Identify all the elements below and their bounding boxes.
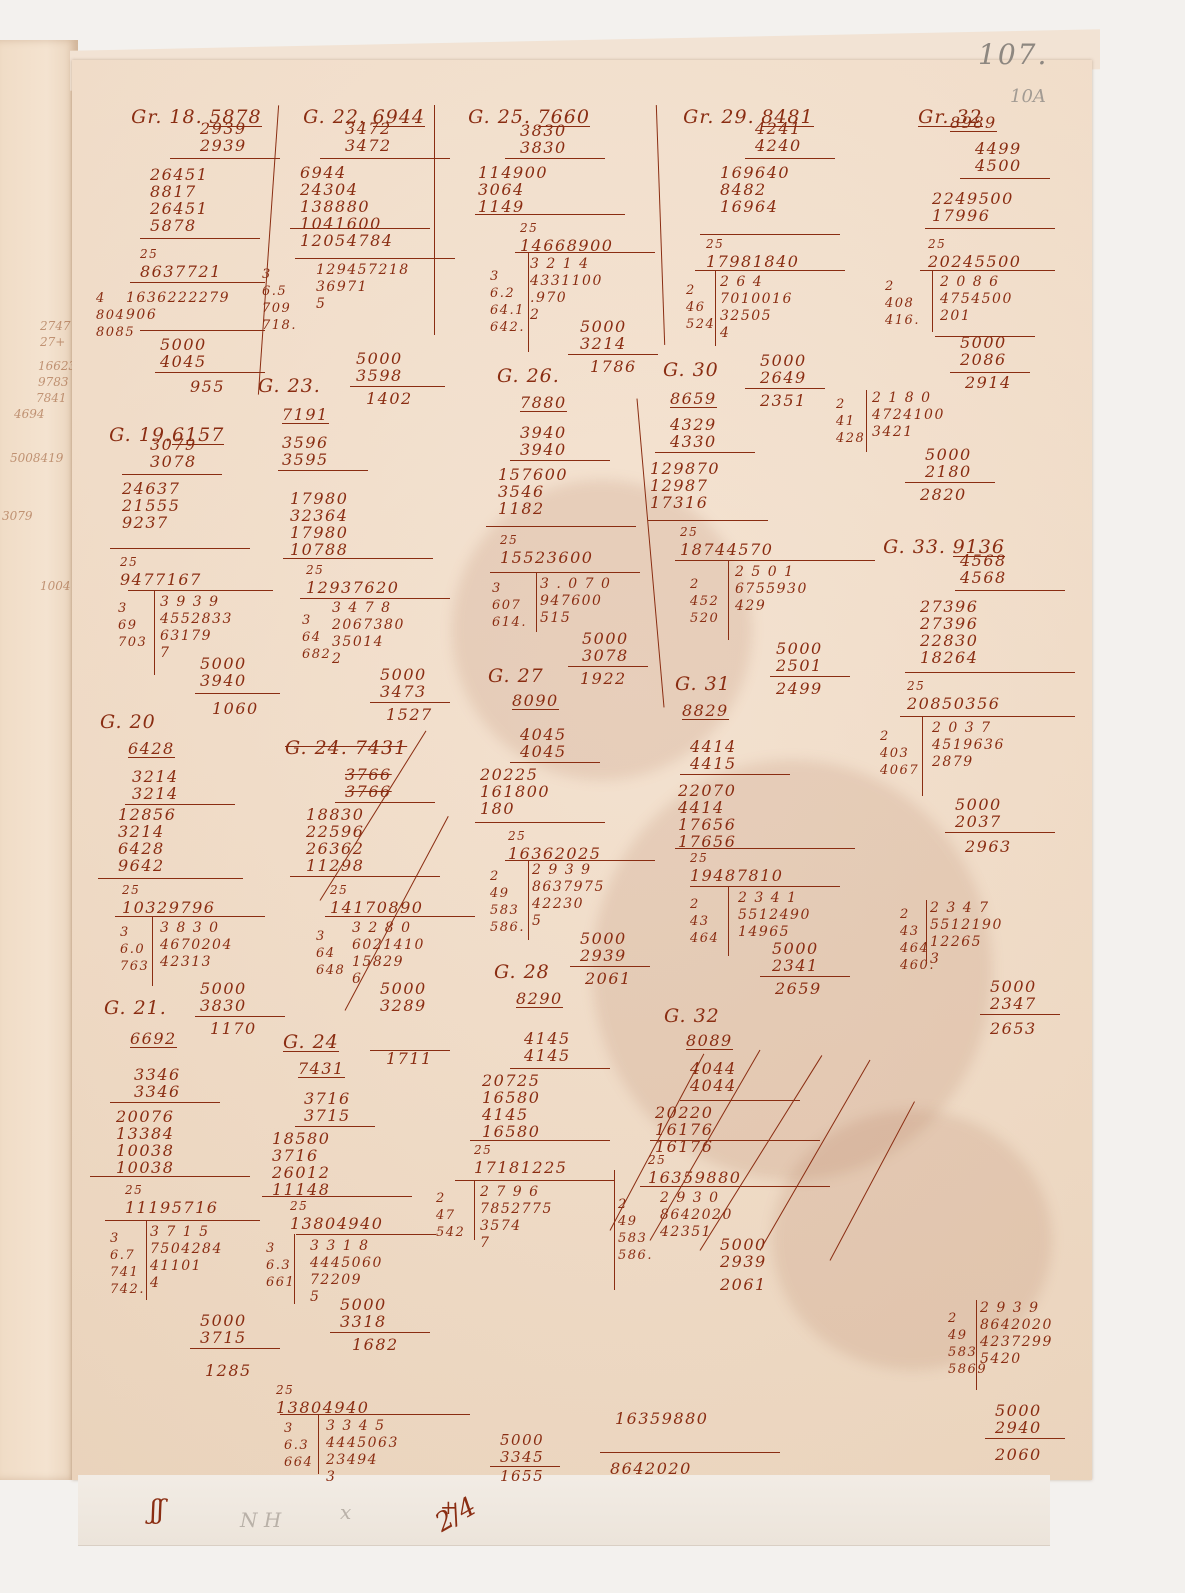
result: 2659 — [775, 980, 822, 997]
partial-products: 2249500 17996 — [932, 190, 1014, 224]
subtraction: 5000 3345 — [500, 1432, 544, 1466]
square-value: 25 15523600 — [500, 530, 593, 566]
result: 2820 — [920, 486, 967, 503]
extraction-work: 1636222279 906 — [126, 290, 230, 324]
extraction-work: 3 8 3 0 4670204 42313 — [160, 920, 233, 971]
square-value: 25 17181225 — [474, 1140, 567, 1176]
divisor-column: 3 6.7 741 742. — [110, 1230, 145, 1298]
square-value: 25 19487810 — [690, 848, 783, 884]
result: 1060 — [212, 700, 259, 717]
strip-pencil-mark: N H — [240, 1508, 281, 1532]
partial-products: 169640 8482 16964 — [720, 164, 790, 215]
partial-products: 6944 24304 138880 1041600 — [300, 164, 382, 232]
calc-block-gr32-continued: 2 1 8 0 4724100 3421 — [872, 390, 945, 441]
halves: 3079 3078 — [150, 436, 197, 470]
square-value: 25 11195716 — [125, 1180, 218, 1216]
result: 1922 — [580, 670, 627, 687]
halves: 4414 4415 — [690, 738, 737, 772]
calc-block-g24-struck: G. 24. 7431 — [285, 740, 407, 757]
square-value: 25 12937620 — [306, 560, 399, 596]
facing-page-fragment: 9783 — [38, 376, 69, 389]
result: 1285 — [205, 1362, 252, 1379]
entry-value: 6692 — [130, 1030, 177, 1048]
halves: 3716 3715 — [304, 1090, 351, 1124]
result: 1527 — [386, 706, 433, 723]
result: 2914 — [965, 374, 1012, 391]
halves: 2939 2939 — [200, 120, 247, 154]
partial-products: 12856 3214 6428 9642 — [118, 806, 176, 874]
calc-block-g23: G. 23. — [258, 378, 321, 395]
entry-label: Gr. 18. — [131, 106, 202, 128]
folio-number: 107. — [978, 38, 1048, 71]
subtraction: 5000 3830 — [200, 980, 247, 1014]
halves: 3830 3830 — [520, 122, 567, 156]
square-value: 25 9477167 — [120, 552, 202, 588]
facing-page-fragment: 4694 — [14, 408, 45, 421]
facing-page-fragment: 7841 — [36, 392, 67, 405]
facing-page-fragment: 3079 — [2, 510, 33, 523]
divisor-column: 2 41 428 — [836, 396, 865, 447]
facing-page-fragment: 27+ — [40, 336, 65, 349]
extraction-work: 3 4 7 8 2067380 35014 2 — [332, 600, 405, 668]
subtraction: 5000 3598 — [356, 350, 403, 384]
result: 1682 — [352, 1336, 399, 1353]
square-value: 25 14668900 — [520, 218, 613, 254]
halves: 3940 3940 — [520, 424, 567, 458]
entry-value: 8989 — [950, 114, 997, 132]
partial-products: 157600 3546 1182 — [498, 466, 568, 517]
divisor-column: 3 6.0 763 — [120, 924, 149, 975]
extraction-work: 3 9 3 9 4552833 63179 7 — [160, 594, 233, 662]
square-value: 25 20245500 — [928, 234, 1021, 270]
divisor-column: 3 64 682 — [302, 612, 331, 663]
divisor-column: 2 43 464 — [690, 896, 719, 947]
bottom-paper-strip — [78, 1475, 1050, 1546]
halves: 4499 4500 — [975, 140, 1022, 174]
halves: 3346 3346 — [134, 1066, 181, 1100]
divisor-column: 2 49 583 586. — [490, 868, 525, 936]
square-value: 25 16359880 — [648, 1150, 741, 1186]
square-value: 25 18744570 — [680, 522, 773, 558]
partial-products: 20725 16580 4145 16580 — [482, 1072, 540, 1140]
divisor-column: 2 46 524 — [686, 282, 715, 333]
strip-ink-mark: + — [440, 1495, 457, 1519]
result: 1711 — [386, 1050, 433, 1067]
divisor-column: 3 6.2 64.1 642. — [490, 268, 525, 336]
result: 955 — [190, 378, 225, 395]
partial-products: 27396 27396 22830 18264 — [920, 598, 978, 666]
subtraction: 5000 2180 — [925, 446, 972, 480]
divisor-column: 2 43 464 460. — [900, 906, 935, 974]
extraction-work: 129457218 36971 5 — [316, 262, 410, 313]
calc-block-g32: G. 32 — [664, 1008, 720, 1025]
subtraction: 5000 3078 — [582, 630, 629, 664]
subtraction: 5000 3715 — [200, 1312, 247, 1346]
halves: 4241 4240 — [755, 120, 802, 154]
folio-pencil-number: 10A — [1010, 86, 1046, 107]
result: 2963 — [965, 838, 1012, 855]
entry-value: 8090 — [512, 692, 559, 710]
extraction-work: 2 0 3 7 4519636 2879 — [932, 720, 1005, 771]
facing-page-edge: 2747 27+ 16623 9783 7841 4694 5008419 30… — [0, 40, 78, 1480]
entry-value: 7880 — [520, 394, 567, 412]
entry-value: 8829 — [682, 702, 729, 720]
facing-page-fragment: 5008419 — [10, 452, 63, 465]
divisor-column: 3 69 703 — [118, 600, 147, 651]
extraction-work: 2 0 8 6 4754500 201 — [940, 274, 1013, 325]
partial-products: 22070 4414 17656 17656 — [678, 782, 736, 850]
square-value: 25 10329796 — [122, 880, 215, 916]
extraction-work: 3 . 0 7 0 947600 515 — [540, 576, 611, 627]
strip-ink-mark: ʃʃ — [150, 1495, 164, 1525]
calc-block-g28: G. 28 — [494, 964, 550, 981]
calc-block-right-extraction: 2 3 4 7 5512190 12265 3 — [930, 900, 1003, 968]
partial-products: 24637 21555 9237 — [122, 480, 180, 531]
square-value: 25 20850356 — [907, 676, 1000, 712]
divisor-column: 2 452 520 — [690, 576, 719, 627]
halves: 3472 3472 — [345, 120, 392, 154]
subtraction: 5000 3318 — [340, 1296, 387, 1330]
partial-products: 129870 12987 17316 — [650, 460, 720, 511]
subtraction: 5000 2939 — [720, 1236, 767, 1270]
calc-block-g31: G. 31 — [675, 676, 731, 693]
divisor-column: 3 6.5 709 718. — [262, 266, 297, 334]
halves: 4568 4568 — [960, 552, 1007, 586]
subtraction: 5000 2341 — [772, 940, 819, 974]
result: 2061 — [720, 1276, 767, 1293]
entry-value: 7431 — [298, 1060, 345, 1078]
divisor-column: 2 403 4067 — [880, 728, 919, 779]
halves: 3596 3595 — [282, 434, 329, 468]
divisor-column: 2 47 542 — [436, 1190, 465, 1241]
square-value: 25 16362025 — [508, 826, 601, 862]
result: 1655 — [500, 1468, 544, 1485]
halves: 4045 4045 — [520, 726, 567, 760]
partial-products: 114900 3064 1149 — [478, 164, 548, 215]
entry-value: 8290 — [516, 990, 563, 1008]
result: 1786 — [590, 358, 637, 375]
divisor-column: 2 408 416. — [885, 278, 920, 329]
halves: 4329 4330 — [670, 416, 717, 450]
partial-products: 18580 3716 26012 11148 — [272, 1130, 330, 1198]
extraction-work: 2 3 4 1 5512490 14965 — [738, 890, 811, 941]
calc-block-g26: G. 26. — [497, 368, 560, 385]
result: 2653 — [990, 1020, 1037, 1037]
subtraction: 5000 2501 — [776, 640, 823, 674]
divisor-column: 2 49 583 5869 — [948, 1310, 987, 1378]
result: 1170 — [210, 1020, 257, 1037]
calc-block-g20: G. 20 — [100, 714, 156, 731]
partial-products: 26451 8817 26451 5878 — [150, 166, 208, 234]
halves: 4145 4145 — [524, 1030, 571, 1064]
facing-page-fragment: 16623 — [38, 360, 76, 373]
subtraction: 5000 2939 — [580, 930, 627, 964]
partial-products: 20076 13384 10038 10038 — [116, 1108, 174, 1176]
calc-block-bottom-right: 2 9 3 9 8642020 4237299 5420 — [980, 1300, 1053, 1368]
extraction-work: 3 7 1 5 7504284 41101 4 — [150, 1224, 223, 1292]
square-value: 12054784 — [300, 232, 393, 249]
subtraction: 5000 2649 — [760, 352, 807, 386]
bottom-square-line: 16359880 — [615, 1410, 708, 1427]
partial-products: 20225 161800 180 — [480, 766, 550, 817]
divisor-column: 3 607 614. — [492, 580, 527, 631]
facing-page-fragment: 1004 — [40, 580, 71, 593]
subtraction: 5000 2037 — [955, 796, 1002, 830]
partial-products: 17980 32364 17980 10788 — [290, 490, 348, 558]
divisor-column: 3 6.3 664 — [284, 1420, 313, 1471]
subtraction: 5000 3473 — [380, 666, 427, 700]
bottom-result-line: 8642020 — [610, 1460, 692, 1477]
subtraction: 5000 2086 — [960, 334, 1007, 368]
square-value: 25 17981840 — [706, 234, 799, 270]
calc-block-g27: G. 27 — [488, 668, 544, 685]
extraction-work: 2 5 0 1 6755930 429 — [735, 564, 808, 615]
strip-pencil-mark: x — [340, 1500, 351, 1524]
subtraction: 5000 3289 — [380, 980, 427, 1014]
facing-page-fragment: 2747 — [40, 320, 71, 333]
extraction-work: 2 7 9 6 7852775 3574 7 — [480, 1184, 553, 1252]
entry-value: 6428 — [128, 740, 175, 758]
entry-value: 8659 — [670, 390, 717, 408]
calc-block-g24: G. 24 — [283, 1034, 339, 1052]
divisor-column: 4 804 8085 — [96, 290, 135, 341]
extraction-work: 2 9 3 9 8637975 42230 5 — [532, 862, 605, 930]
result: 1402 — [366, 390, 413, 407]
entry-value: 8089 — [686, 1032, 733, 1050]
calc-block-g30: G. 30 — [663, 362, 719, 379]
result: 2499 — [776, 680, 823, 697]
result: 2351 — [760, 392, 807, 409]
square-value: 25 14170890 — [330, 880, 423, 916]
subtraction: 5000 3214 — [580, 318, 627, 352]
result: 2060 — [995, 1446, 1042, 1463]
entry-value: 7191 — [282, 406, 329, 424]
square-value: 25 8637721 — [140, 244, 222, 280]
extraction-work: 3 3 4 5 4445063 23494 3 — [326, 1418, 399, 1486]
result: 2061 — [585, 970, 632, 987]
subtraction: 5000 2347 — [990, 978, 1037, 1012]
square-value: 25 13804940 — [290, 1196, 383, 1232]
calc-block-g21: G. 21. — [104, 1000, 167, 1017]
halves: 3214 3214 — [132, 768, 179, 802]
subtraction: 5000 4045 — [160, 336, 207, 370]
calc-block-bottom-left: 25 13804940 — [276, 1380, 369, 1416]
divisor-column: 3 64 648 — [316, 928, 345, 979]
extraction-work: 2 6 4 7010016 32505 4 — [720, 274, 793, 342]
extraction-work: 3 2 1 4 4331100 .970 2 — [530, 256, 603, 324]
divisor-column: 3 6.3 661 — [266, 1240, 295, 1291]
subtraction: 5000 2940 — [995, 1402, 1042, 1436]
subtraction: 5000 3940 — [200, 655, 247, 689]
